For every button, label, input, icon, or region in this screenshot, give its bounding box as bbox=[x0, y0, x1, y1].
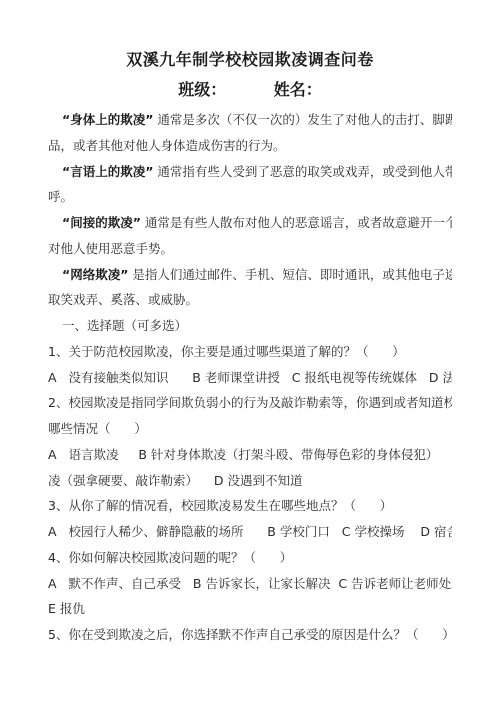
question-2-line-2: 哪些情况（ ） bbox=[48, 416, 452, 442]
definition-indirect-term: “间接的欺凌” bbox=[62, 215, 141, 230]
question-1: 1、关于防范校园欺凌，你主要是通过哪些渠道了解的？（ ） bbox=[48, 339, 452, 365]
page-title: 双溪九年制学校校园欺凌调查问卷 bbox=[0, 45, 500, 75]
questionnaire-body: “身体上的欺凌” 通常是多次（不仅一次的）发生了对他人的击打、脚踢、夺取他人物 … bbox=[0, 107, 500, 648]
question-2-options-line-1: A 语言欺凌 B 针对身体欺凌（打架斗殴、带侮辱色彩的身体侵犯） C 针对财物的… bbox=[48, 442, 452, 468]
definition-physical-line-2: 品，或者其他对他人身体造成伤害的行为。 bbox=[48, 133, 452, 159]
section-heading: 一、选择题（可多选） bbox=[48, 313, 452, 339]
question-5: 5、你在受到欺凌之后，你选择默不作声自己承受的原因是什么？（ ） bbox=[48, 622, 452, 648]
definition-cyber-line-2: 取笑戏弄、奚落、或威胁。 bbox=[48, 287, 452, 313]
question-2-options-line-2: 凌（强拿硬要、敲诈勒索） D 没遇到不知道 bbox=[48, 468, 452, 494]
definition-verbal-text: 通常指有些人受到了恶意的取笑或戏弄，或受到他人带有伤害性的称 bbox=[153, 164, 452, 179]
question-4-options-line-1: A 默不作声、自己承受 B 告诉家长，让家长解决 C 告诉老师让老师处理 D 报… bbox=[48, 571, 452, 597]
definition-indirect-line-1: “间接的欺凌” 通常是有些人散布对他人的恶意谣言，或者故意避开一个“群体”，或者 bbox=[48, 210, 452, 236]
definition-indirect-text: 通常是有些人散布对他人的恶意谣言，或者故意避开一个“群体”，或者 bbox=[141, 215, 452, 230]
definition-verbal-line-1: “言语上的欺凌” 通常指有些人受到了恶意的取笑或戏弄，或受到他人带有伤害性的称 bbox=[48, 159, 452, 185]
question-3-options: A 校园行人稀少、僻静隐蔽的场所 B 学校门口 C 学校操场 D 宿舍 E 厕所 bbox=[48, 519, 452, 545]
definition-cyber-line-1: “网络欺凌” 是指人们通过邮件、手机、短信、即时通讯，或其他电子途径受到恶意的 bbox=[48, 262, 452, 288]
definition-physical-line-1: “身体上的欺凌” 通常是多次（不仅一次的）发生了对他人的击打、脚踢、夺取他人物 bbox=[48, 107, 452, 133]
class-name-row: 班级： 姓名： bbox=[0, 75, 500, 105]
definition-cyber-term: “网络欺凌” bbox=[62, 267, 128, 282]
definition-physical-term: “身体上的欺凌” bbox=[62, 112, 153, 127]
question-3: 3、从你了解的情况看，校园欺凌易发生在哪些地点？（ ） bbox=[48, 493, 452, 519]
question-2-line-1: 2、校园欺凌是指同学间欺负弱小的行为及敲诈勒索等，你遇到或者知道校园欺凌是下面的 bbox=[48, 390, 452, 416]
definition-verbal-line-2: 呼。 bbox=[48, 184, 452, 210]
definition-cyber-text: 是指人们通过邮件、手机、短信、即时通讯，或其他电子途径受到恶意的 bbox=[128, 267, 452, 282]
questionnaire-page: 双溪九年制学校校园欺凌调查问卷 班级： 姓名： “身体上的欺凌” 通常是多次（不… bbox=[0, 0, 500, 707]
definition-physical-text: 通常是多次（不仅一次的）发生了对他人的击打、脚踢、夺取他人物 bbox=[153, 112, 452, 127]
definition-indirect-line-2: 对他人使用恶意手势。 bbox=[48, 236, 452, 262]
name-label: 姓名： bbox=[274, 80, 322, 99]
class-label: 班级： bbox=[178, 80, 226, 99]
question-1-options: A 没有接触类似知识 B 老师课堂讲授 C 报纸电视等传统媒体 D 法律安全讲座 bbox=[48, 365, 452, 391]
question-4-options-line-2: E 报仇 bbox=[48, 596, 452, 622]
definition-verbal-term: “言语上的欺凌” bbox=[62, 164, 153, 179]
question-4: 4、你如何解决校园欺凌问题的呢？（ ） bbox=[48, 545, 452, 571]
